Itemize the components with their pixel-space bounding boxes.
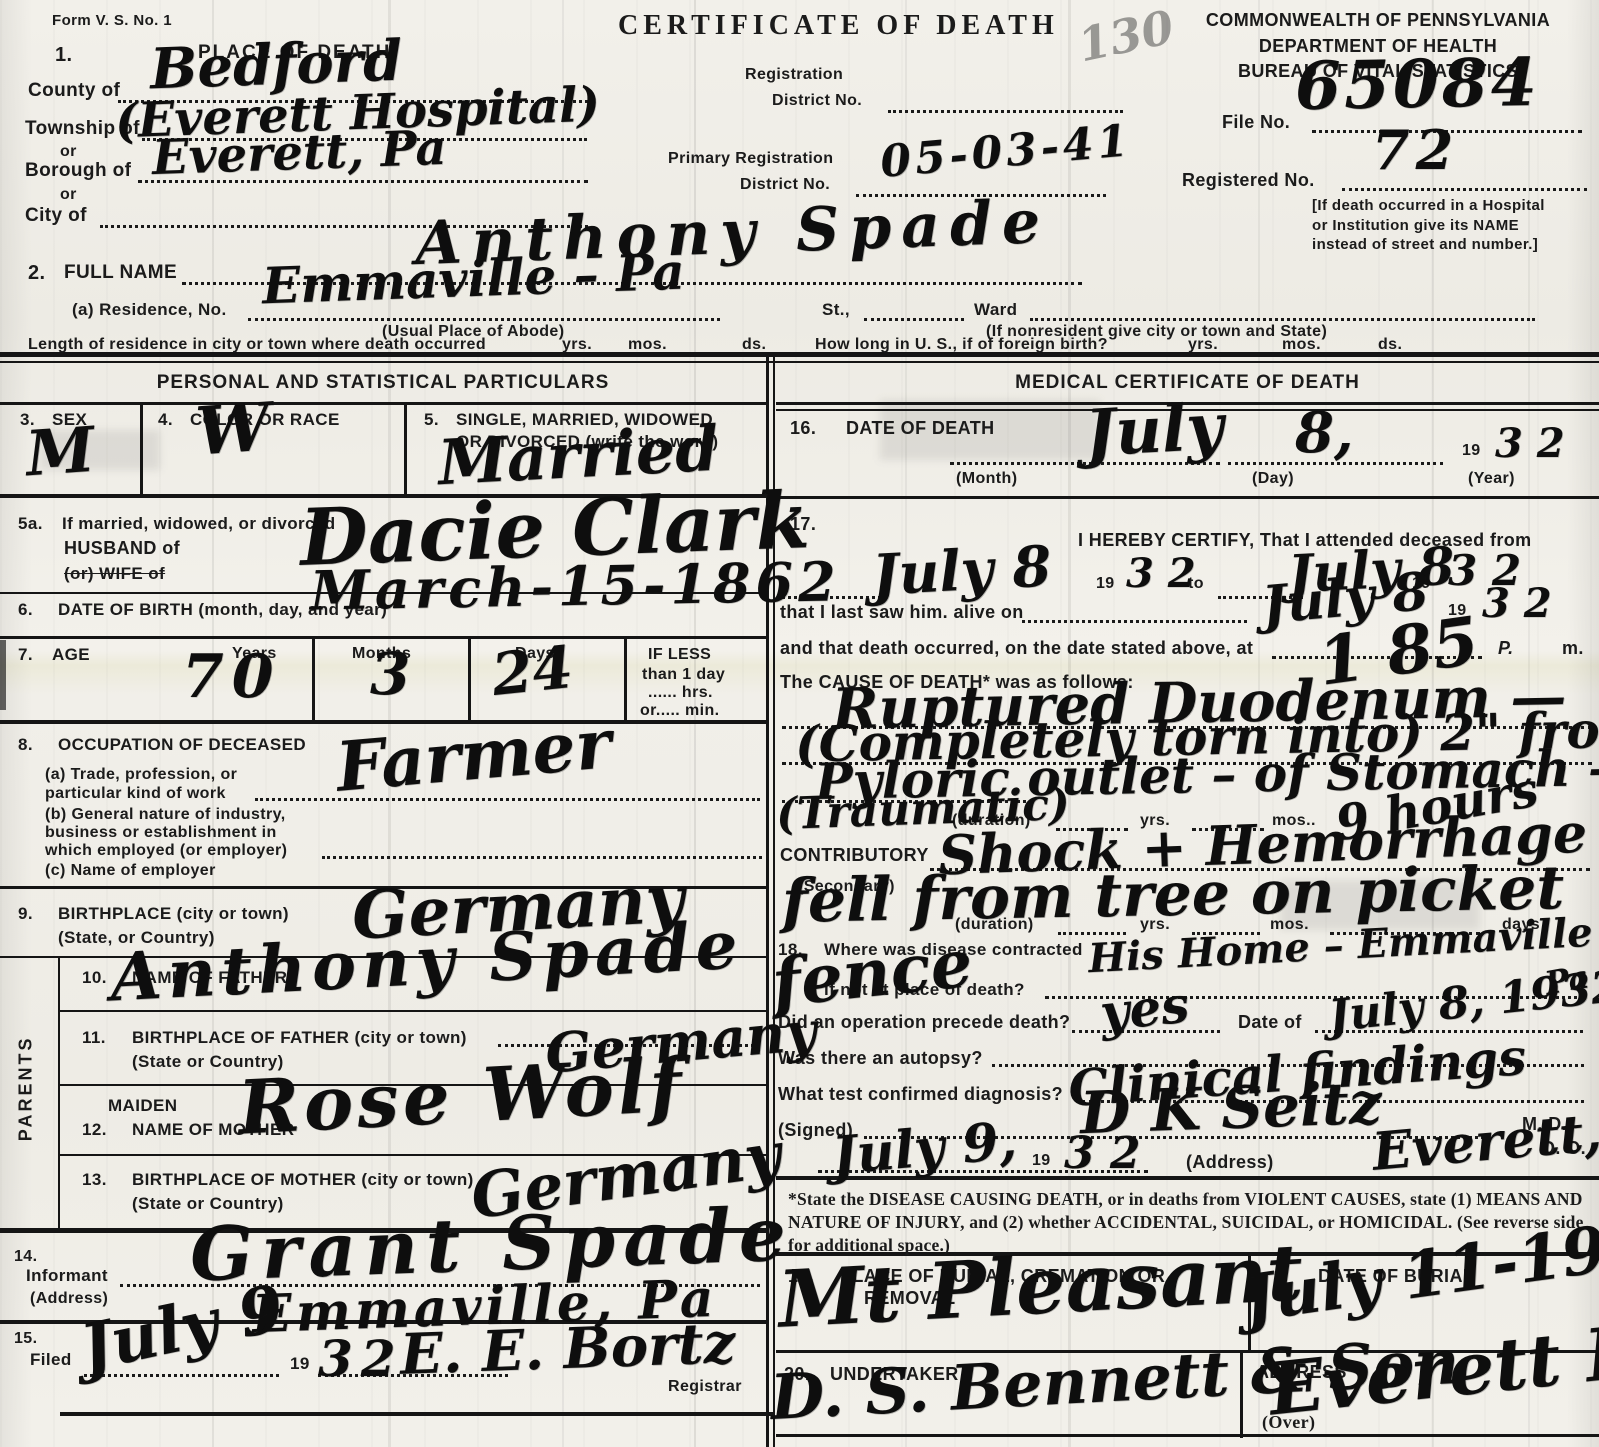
race-value: W [194, 397, 272, 461]
birthplace-number: 9. [18, 904, 33, 924]
borough-value: Everett, Pa [151, 127, 447, 180]
occupation-c-line: (c) Name of employer [45, 862, 216, 880]
registered-no-value: 72 [1372, 126, 1459, 175]
race-number: 4. [158, 410, 173, 430]
dod-year-prefix: 19 [1462, 442, 1481, 460]
primary-district-label: District No. [740, 176, 830, 194]
physician-address: Everett, Pa [1371, 1102, 1599, 1176]
rule [60, 1412, 775, 1416]
spouse-label: If married, widowed, or divorced [62, 514, 336, 534]
filed-label: Filed [30, 1350, 72, 1370]
age-months-value: 3 [370, 648, 410, 700]
occupation-b-line3: which employed (or employer) [45, 842, 287, 860]
informant-number: 14. [14, 1248, 37, 1266]
date-of-label: Date of [1238, 1012, 1302, 1033]
borough-label: Borough of [25, 160, 131, 182]
sig-year-prefix: 19 [1032, 1152, 1051, 1170]
informant-label: Informant [26, 1266, 108, 1286]
dod-year-value: 3 2 [1495, 426, 1565, 462]
signature-year: 3 2 [1064, 1134, 1141, 1174]
filed-year-value: 32 [318, 1336, 404, 1381]
faint-handwritten-number: 130 [1075, 6, 1178, 66]
maiden-label: MAIDEN [108, 1096, 177, 1116]
registrar-signature: E. E. Bortz [399, 1318, 736, 1380]
m-label: m. [1562, 638, 1584, 659]
mother-birthplace-number: 13. [82, 1170, 107, 1190]
scan-edge-mark [0, 640, 6, 710]
street-label: St., [822, 300, 850, 320]
father-number: 10. [82, 968, 107, 988]
occupation-a-line2: particular kind of work [45, 785, 226, 803]
cell-divider [468, 639, 471, 721]
spouse-number: 5a. [18, 514, 43, 534]
registrar-label: Registrar [668, 1378, 742, 1396]
dod-month-value: July [1084, 398, 1225, 463]
dotted-line [864, 318, 964, 321]
death-certificate-document: Form V. S. No. 1 CERTIFICATE OF DEATH 13… [0, 0, 1599, 1447]
dotted-line [248, 318, 720, 321]
operation-value: yes [1098, 981, 1191, 1035]
dotted-line [322, 856, 762, 859]
file-no-label: File No. [1222, 112, 1290, 133]
document-title: CERTIFICATE OF DEATH [618, 10, 1059, 42]
age-days-value: 24 [489, 641, 575, 701]
informant-address-label: (Address) [30, 1290, 108, 1308]
death-occurred-statement: and that death occurred, on the date sta… [780, 638, 1253, 659]
test-label: What test confirmed diagnosis? [778, 1084, 1063, 1105]
burial-place-value: Mt Pleasant [777, 1238, 1305, 1336]
age-number: 7. [18, 645, 33, 665]
dob-number: 6. [18, 600, 33, 620]
birthplace-label-line1: BIRTHPLACE (city or town) [58, 904, 289, 924]
ward-label: Ward [974, 300, 1017, 320]
dotted-line [1022, 620, 1247, 623]
file-no-value: 65084 [1295, 53, 1541, 117]
registration-district-label: District No. [772, 92, 862, 110]
pm-label: P. [1498, 638, 1514, 659]
sex-value: M [24, 422, 96, 482]
hrs-label: ...... hrs. [648, 684, 713, 702]
year-caption: (Year) [1468, 470, 1515, 488]
section-divider [0, 361, 1599, 363]
from-year-prefix: 19 [1096, 575, 1115, 593]
age-label: AGE [52, 645, 90, 665]
undertaker-address-value: Everett Pa [1266, 1314, 1599, 1422]
yrs-label: yrs. [1188, 336, 1218, 354]
cell-divider [140, 404, 143, 494]
age-years-value: 70 [182, 650, 282, 704]
primary-district-value: 05-03-41 [879, 121, 1134, 182]
dotted-line [1342, 188, 1587, 191]
signature-date: July 9, [830, 1118, 1018, 1181]
ds-label: ds. [742, 336, 766, 354]
dob-value: March-15-1862 [310, 557, 841, 615]
min-label: or..... min. [640, 702, 719, 720]
attended-from-date: July 8 [871, 541, 1053, 601]
rule [0, 402, 766, 405]
ifless-label-line1: IF LESS [648, 646, 711, 664]
dotted-line [888, 110, 1123, 113]
last-saw-year: 3 2 [1482, 586, 1552, 622]
form-number: Form V. S. No. 1 [52, 12, 172, 29]
occupation-b-line2: business or establishment in [45, 824, 277, 842]
contributory-label: CONTRIBUTORY [780, 845, 929, 866]
rule [776, 496, 1599, 499]
howlong-label: How long in U. S., if of foreign birth? [815, 336, 1108, 354]
occupation-label: OCCUPATION OF DECEASED [58, 735, 306, 755]
residence-label: (a) Residence, No. [72, 300, 227, 320]
mother-number: 12. [82, 1120, 107, 1140]
father-birthplace-label1: BIRTHPLACE OF FATHER (city or town) [132, 1028, 467, 1048]
occupation-value: Farmer [334, 714, 614, 799]
mos-label: mos. [628, 336, 667, 354]
dod-number: 16. [790, 418, 816, 439]
ifless-label-line2: than 1 day [642, 666, 725, 684]
mother-value: Rose Wolf [237, 1052, 688, 1142]
dod-day-value: 8, [1295, 408, 1353, 458]
residence-value: Emmaville – Pa [261, 249, 685, 309]
primary-registration-label: Primary Registration [668, 150, 833, 168]
occupation-b-line1: (b) General nature of industry, [45, 806, 286, 824]
wife-of-label-struck: (or) WIFE of [64, 564, 165, 584]
mother-birthplace-label1: BIRTHPLACE OF MOTHER (city or town) [132, 1170, 474, 1190]
parents-box-line [58, 956, 60, 1228]
rule [0, 636, 766, 639]
dod-label: DATE OF DEATH [846, 418, 995, 439]
cell-divider [312, 639, 315, 721]
attended-from-year: 3 2 [1126, 556, 1196, 592]
secondary-cause-value2: fence [769, 934, 975, 1014]
cell-divider [404, 404, 407, 494]
rule [776, 1434, 1599, 1437]
or-word: or [60, 186, 77, 204]
husband-of-label: HUSBAND of [64, 538, 180, 559]
address-label: (Address) [1186, 1152, 1274, 1173]
parents-vertical-label: PARENTS [16, 1028, 37, 1148]
dotted-line [255, 798, 760, 801]
county-label: County of [28, 80, 120, 102]
filed-number: 15. [14, 1330, 37, 1348]
or-word: or [60, 143, 77, 161]
mos-label: mos. [1282, 336, 1321, 354]
filed-year-prefix: 19 [290, 1354, 310, 1374]
cell-divider [624, 639, 627, 721]
father-birthplace-number: 11. [82, 1028, 106, 1048]
city-label: City of [25, 205, 87, 227]
full-name-label: FULL NAME [64, 262, 177, 284]
length-of-residence-label: Length of residence in city or town wher… [28, 336, 486, 354]
commonwealth-line: COMMONWEALTH OF PENNSYLVANIA [1158, 10, 1598, 31]
personal-particulars-title: PERSONAL AND STATISTICAL PARTICULARS [0, 372, 766, 394]
occupation-a-line1: (a) Trade, profession, or [45, 766, 237, 784]
yrs-label: yrs. [562, 336, 592, 354]
hospital-instruction-note: [If death occurred in a Hospital or Inst… [1312, 196, 1562, 255]
day-caption: (Day) [1252, 470, 1294, 488]
registered-no-label: Registered No. [1182, 170, 1315, 191]
section2-number: 2. [28, 262, 45, 285]
occupation-number: 8. [18, 735, 33, 755]
month-caption: (Month) [956, 470, 1017, 488]
registration-label: Registration [745, 66, 843, 84]
dotted-line [1030, 318, 1535, 321]
ds-label: ds. [1378, 336, 1402, 354]
section1-number: 1. [55, 44, 72, 67]
operation-date-value: July 8, 1932 [1327, 967, 1599, 1037]
